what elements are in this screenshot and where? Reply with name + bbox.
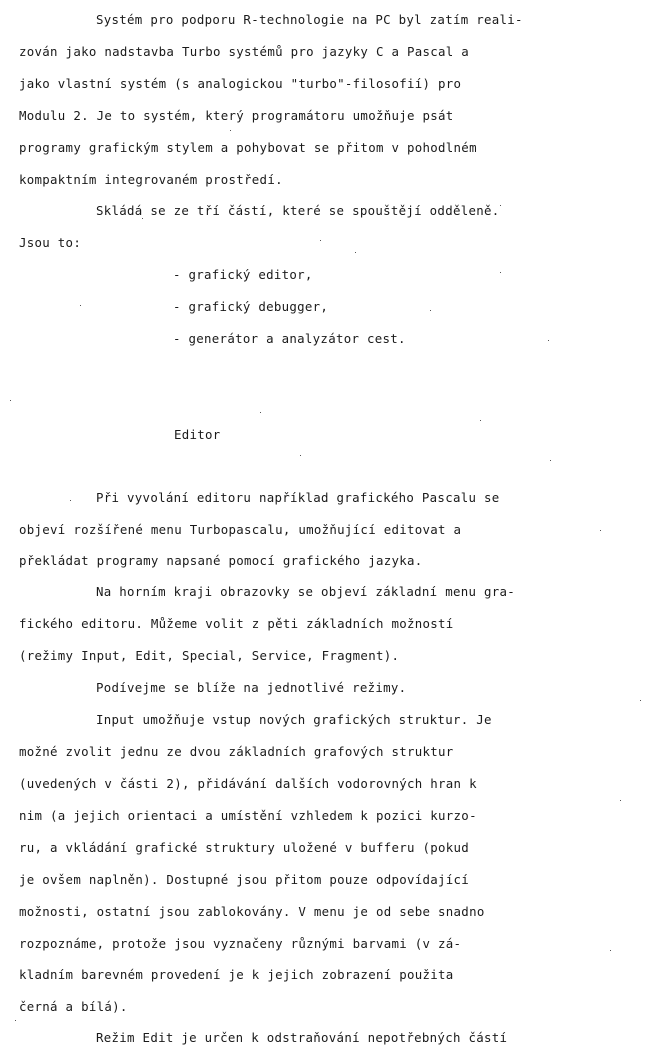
paragraph-1-line-4: Modulu 2. Je to systém, který programáto…	[19, 108, 454, 123]
list-item: - grafický editor,	[173, 267, 313, 282]
list-item: - grafický debugger,	[173, 299, 328, 314]
paragraph-4-line-1: Na horním kraji obrazovky se objeví zákl…	[96, 584, 515, 599]
list-item: - generátor a analyzátor cest.	[173, 331, 406, 346]
paragraph-1-line-6: kompaktním integrovaném prostředí.	[19, 172, 283, 187]
paragraph-6-line-9: kladním barevném provedení je k jejich z…	[19, 967, 454, 982]
paragraph-6-line-2: možné zvolit jednu ze dvou základních gr…	[19, 744, 454, 759]
paragraph-2-line-2: Jsou to:	[19, 235, 81, 250]
paragraph-6-line-10: černá a bílá).	[19, 999, 128, 1014]
paragraph-4-line-3: (režimy Input, Edit, Special, Service, F…	[19, 648, 399, 663]
paragraph-6-line-8: rozpoznáme, protože jsou vyznačeny různý…	[19, 936, 461, 951]
paragraph-3-line-1: Při vyvolání editoru například grafickéh…	[96, 490, 500, 505]
paragraph-7-line-1: Režim Edit je určen k odstraňování nepot…	[96, 1030, 507, 1045]
paragraph-6-line-5: ru, a vkládání grafické struktury uložen…	[19, 840, 469, 855]
paragraph-3-line-3: překládat programy napsané pomocí grafic…	[19, 553, 423, 568]
paragraph-5-line-1: Podívejme se blíže na jednotlivé režimy.	[96, 680, 406, 695]
paragraph-1-line-2: zován jako nadstavba Turbo systémů pro j…	[19, 44, 469, 59]
paragraph-6-line-7: možnosti, ostatní jsou zablokovány. V me…	[19, 904, 485, 919]
paragraph-1-line-5: programy grafickým stylem a pohybovat se…	[19, 140, 477, 155]
paragraph-4-line-2: fického editoru. Můžeme volit z pěti zák…	[19, 616, 454, 631]
paragraph-6-line-6: je ovšem naplněn). Dostupné jsou přitom …	[19, 872, 469, 887]
paragraph-6-line-1: Input umožňuje vstup nových grafických s…	[96, 712, 492, 727]
paragraph-1-line-1: Systém pro podporu R-technologie na PC b…	[96, 12, 523, 27]
paragraph-6-line-4: nim (a jejich orientaci a umístění vzhle…	[19, 808, 477, 823]
paragraph-3-line-2: objeví rozšířené menu Turbopascalu, umož…	[19, 522, 461, 537]
section-heading: Editor	[174, 427, 221, 442]
scanned-document-page: Systém pro podporu R-technologie na PC b…	[0, 0, 670, 1058]
paragraph-2-line-1: Skládá se ze tří částí, které se spouště…	[96, 203, 500, 218]
paragraph-6-line-3: (uvedených v části 2), přidávání dalších…	[19, 776, 477, 791]
paragraph-1-line-3: jako vlastní systém (s analogickou "turb…	[19, 76, 461, 91]
